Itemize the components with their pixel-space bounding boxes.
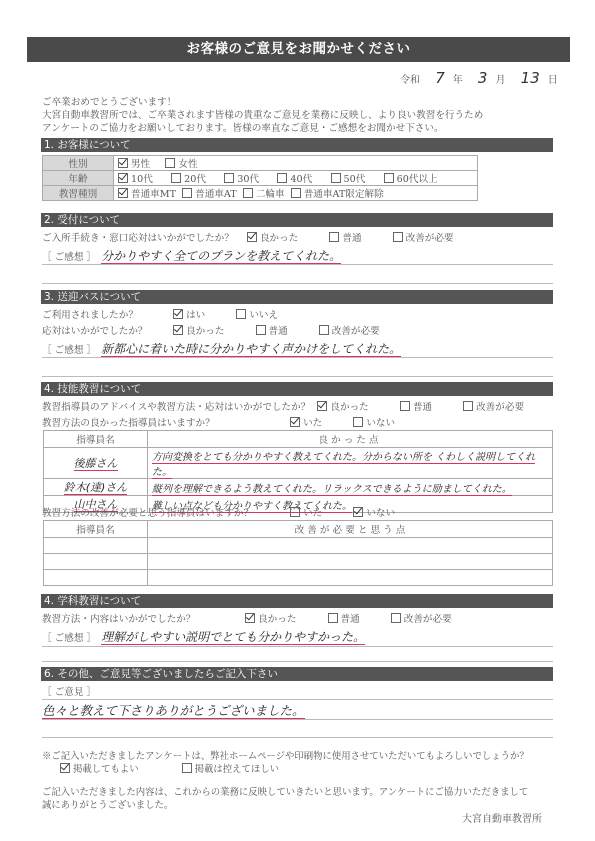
option-no[interactable]: いない bbox=[353, 418, 409, 429]
checkbox-checked-icon[interactable] bbox=[290, 417, 300, 427]
option-60s-plus[interactable]: 60代以上 bbox=[384, 174, 438, 185]
option-good[interactable]: 良かった bbox=[317, 402, 382, 413]
improve-point-cell[interactable] bbox=[148, 570, 553, 586]
thanks-line-1: ご記入いただきました内容は、これからの業務に反映していきたいと思います。アンケー… bbox=[42, 786, 528, 799]
intro-text: ご卒業おめでとうございます！ 大宮自動車教習所では、ご卒業されます皆様の貴重なご… bbox=[42, 96, 483, 135]
option-label: いいえ bbox=[249, 310, 278, 321]
signature: 大宮自動車教習所 bbox=[462, 813, 542, 826]
instructor-name-cell[interactable] bbox=[44, 554, 148, 570]
checkbox-checked-icon[interactable] bbox=[245, 613, 255, 623]
age-options: 10代 20代 30代 40代 50代 60代以上 bbox=[114, 171, 478, 186]
section-5-header: 4. 学科教習について bbox=[41, 594, 553, 608]
question-text: 教習方法・内容はいかがでしたか？ bbox=[42, 611, 242, 625]
option-label: 改善が必要 bbox=[332, 326, 380, 337]
checkbox-icon[interactable] bbox=[393, 232, 403, 242]
improve-point-cell[interactable] bbox=[148, 538, 553, 554]
option-label: 60代以上 bbox=[397, 174, 438, 185]
option-good[interactable]: 良かった bbox=[247, 233, 312, 244]
thanks-line-2: 誠にありがとうございました。 bbox=[42, 799, 528, 812]
checkbox-icon[interactable] bbox=[291, 188, 301, 198]
year-label: 年 bbox=[453, 75, 463, 86]
divider bbox=[42, 719, 553, 720]
divider bbox=[42, 357, 553, 358]
option-label: いない bbox=[366, 418, 395, 429]
improve-instructor-row: 教習方法の改善が必要と思う指導員はいますか？ いた いない bbox=[42, 505, 423, 519]
checkbox-icon[interactable] bbox=[331, 173, 341, 183]
comment-label: ［ ご意見 ］ bbox=[42, 687, 96, 698]
customer-info-table: 性別 男性 女性 年齢 10代 20代 30代 40代 50代 60代以上 教習… bbox=[42, 155, 478, 201]
option-label: 改善が必要 bbox=[406, 233, 454, 244]
comment-label: ［ ご感想 ］ bbox=[42, 633, 96, 644]
checkbox-checked-icon[interactable] bbox=[353, 507, 363, 517]
checkbox-icon[interactable] bbox=[171, 173, 181, 183]
option-label: いない bbox=[366, 508, 395, 519]
option-label: 良かった bbox=[258, 614, 296, 625]
table-row bbox=[44, 554, 553, 570]
bus-usage-row: ご利用されましたか？ はい いいえ bbox=[42, 307, 306, 321]
thanks-text: ご記入いただきました内容は、これからの業務に反映していきたいと思います。アンケー… bbox=[42, 786, 528, 812]
gender-label: 性別 bbox=[43, 156, 114, 171]
checkbox-icon[interactable] bbox=[328, 613, 338, 623]
option-at[interactable]: 普通車AT bbox=[182, 189, 237, 200]
option-label: 30代 bbox=[237, 174, 259, 185]
option-label: 女性 bbox=[178, 159, 197, 170]
option-label: 普通 bbox=[342, 233, 361, 244]
table-row bbox=[44, 538, 553, 554]
improve-instructor-table: 指導員名 改 善 が 必 要 と 思 う 点 bbox=[43, 520, 553, 586]
age-label: 年齢 bbox=[43, 171, 114, 186]
option-label: 良かった bbox=[186, 326, 224, 337]
table-row bbox=[44, 570, 553, 586]
divider bbox=[42, 699, 553, 700]
option-label: 10代 bbox=[131, 174, 153, 185]
option-10s[interactable]: 10代 bbox=[118, 174, 153, 185]
checkbox-checked-icon[interactable] bbox=[173, 309, 183, 319]
checkbox-icon[interactable] bbox=[353, 417, 363, 427]
month-label: 月 bbox=[495, 75, 505, 86]
option-yes[interactable]: いた bbox=[290, 418, 336, 429]
checkbox-checked-icon[interactable] bbox=[118, 173, 128, 183]
comment-label: ［ ご感想 ］ bbox=[42, 345, 96, 356]
column-header-improve-points: 改 善 が 必 要 と 思 う 点 bbox=[148, 521, 553, 538]
lecture-comment-row: ［ ご感想 ］ 理解がしやすい説明でとても分かりやすかった。 bbox=[42, 628, 379, 645]
reception-comment[interactable]: 分かりやすく全てのプランを教えてくれた。 bbox=[101, 249, 341, 264]
checkbox-icon[interactable] bbox=[165, 158, 175, 168]
bus-comment[interactable]: 新都心に着いた時に分かりやすく声かけをしてくれた。 bbox=[101, 342, 401, 357]
option-20s[interactable]: 20代 bbox=[171, 174, 206, 185]
option-label: 掲載してもよい bbox=[73, 764, 139, 775]
option-good[interactable]: 良かった bbox=[173, 326, 238, 337]
option-40s[interactable]: 40代 bbox=[277, 174, 312, 185]
table-row: 鈴木(達)さん 縦列を理解できるよう教えてくれた。リラックスできるように励まして… bbox=[44, 479, 553, 496]
improve-point-cell[interactable] bbox=[148, 554, 553, 570]
option-yes[interactable]: はい bbox=[173, 310, 219, 321]
option-50s[interactable]: 50代 bbox=[331, 174, 366, 185]
course-type-options: 普通車MT 普通車AT 二輪車 普通車AT限定解除 bbox=[114, 186, 478, 201]
checkbox-icon[interactable] bbox=[182, 763, 192, 773]
option-30s[interactable]: 30代 bbox=[224, 174, 259, 185]
option-label: いた bbox=[303, 418, 322, 429]
question-text: 教習指導員のアドバイスや教習方法・応対はいかがでしたか？ bbox=[42, 402, 310, 413]
age-row: 年齢 10代 20代 30代 40代 50代 60代以上 bbox=[43, 171, 478, 186]
option-mt[interactable]: 普通車MT bbox=[118, 189, 176, 200]
option-label: 40代 bbox=[290, 174, 312, 185]
bus-comment-row: ［ ご感想 ］ 新都心に着いた時に分かりやすく声かけをしてくれた。 bbox=[42, 340, 415, 357]
form-title: お客様のご意見をお聞かせください bbox=[27, 37, 570, 62]
checkbox-checked-icon[interactable] bbox=[118, 188, 128, 198]
divider bbox=[42, 283, 553, 284]
checkbox-icon[interactable] bbox=[329, 232, 339, 242]
date-line: 令和 7年 3月 13日 bbox=[400, 69, 558, 87]
option-needs-improvement[interactable]: 改善が必要 bbox=[463, 402, 538, 413]
option-needs-improvement[interactable]: 改善が必要 bbox=[391, 614, 466, 625]
checkbox-checked-icon[interactable] bbox=[118, 158, 128, 168]
checkbox-icon[interactable] bbox=[277, 173, 287, 183]
comment-label: ［ ご感想 ］ bbox=[42, 252, 96, 263]
question-text: 教習方法の改善が必要と思う指導員はいますか？ bbox=[42, 505, 287, 519]
other-comment-row: 色々と教えて下さりありがとうございました。 bbox=[42, 701, 319, 719]
instructor-name-cell[interactable] bbox=[44, 538, 148, 554]
other-comment-label-row: ［ ご意見 ］ bbox=[42, 684, 110, 698]
option-motorcycle[interactable]: 二輪車 bbox=[243, 189, 285, 200]
checkbox-icon[interactable] bbox=[243, 188, 253, 198]
checkbox-icon[interactable] bbox=[256, 325, 266, 335]
checkbox-icon[interactable] bbox=[400, 401, 410, 411]
day-label: 日 bbox=[548, 75, 558, 86]
checkbox-icon[interactable] bbox=[319, 325, 329, 335]
date-day[interactable]: 13 bbox=[521, 69, 540, 87]
option-female[interactable]: 女性 bbox=[165, 159, 197, 170]
good-instructor-row: 教習方法の良かった指導員はいますか？ いた いない bbox=[42, 415, 423, 429]
option-label: 普通車MT bbox=[131, 189, 176, 200]
option-needs-improvement[interactable]: 改善が必要 bbox=[319, 326, 394, 337]
option-at-limit-removal[interactable]: 普通車AT限定解除 bbox=[291, 189, 384, 200]
option-normal[interactable]: 普通 bbox=[328, 614, 374, 625]
section-3-header: 3. 送迎バスについて bbox=[41, 290, 553, 304]
course-type-row: 教習種別 普通車MT 普通車AT 二輪車 普通車AT限定解除 bbox=[43, 186, 478, 201]
option-normal[interactable]: 普通 bbox=[256, 326, 302, 337]
divider bbox=[42, 661, 553, 662]
good-instructor-table: 指導員名 良かった点 後藤さん 方向変換をとても分かりやすく教えてくれた。分から… bbox=[43, 430, 553, 513]
other-comment[interactable]: 色々と教えて下さりありがとうございました。 bbox=[42, 703, 305, 719]
intro-line-1: ご卒業おめでとうございます！ bbox=[42, 96, 483, 109]
bus-service-row: 応対はいかがでしたか？ 良かった 普通 改善が必要 bbox=[42, 323, 408, 337]
question-text: ご入所手続き・窓口応対はいかがでしたか？ bbox=[42, 233, 234, 244]
checkbox-icon[interactable] bbox=[290, 507, 300, 517]
option-label: 良かった bbox=[330, 402, 368, 413]
option-normal[interactable]: 普通 bbox=[329, 233, 375, 244]
instructor-name[interactable]: 後藤さん bbox=[74, 457, 118, 471]
checkbox-icon[interactable] bbox=[384, 173, 394, 183]
checkbox-icon[interactable] bbox=[391, 613, 401, 623]
gender-row: 性別 男性 女性 bbox=[43, 156, 478, 171]
checkbox-icon[interactable] bbox=[236, 309, 246, 319]
column-header-name: 指導員名 bbox=[44, 431, 148, 448]
checkbox-icon[interactable] bbox=[182, 188, 192, 198]
option-label: 普通車AT限定解除 bbox=[304, 189, 384, 200]
checkbox-checked-icon[interactable] bbox=[173, 325, 183, 335]
good-point[interactable]: 縦列を理解できるよう教えてくれた。リラックスできるように励ましてくれた。 bbox=[152, 484, 512, 496]
divider bbox=[42, 264, 553, 265]
section-6-header: 6. その他、ご意見等ございましたらご記入下さい bbox=[41, 667, 553, 681]
good-point[interactable]: 方向変換をとても分かりやすく教えてくれた。分からない所を くわしく説明してくれた… bbox=[152, 452, 535, 479]
section-1-header: 1. お客様について bbox=[41, 138, 553, 152]
option-label: 50代 bbox=[344, 174, 366, 185]
question-text: ご利用されましたか？ bbox=[42, 307, 170, 321]
option-label: はい bbox=[186, 310, 205, 321]
checkbox-checked-icon[interactable] bbox=[60, 763, 70, 773]
option-label: 普通 bbox=[413, 402, 432, 413]
course-type-label: 教習種別 bbox=[43, 186, 114, 201]
date-era: 令和 bbox=[400, 75, 420, 86]
lecture-question-row: 教習方法・内容はいかがでしたか？ 良かった 普通 改善が必要 bbox=[42, 611, 480, 625]
gender-options: 男性 女性 bbox=[114, 156, 478, 171]
option-no[interactable]: いいえ bbox=[236, 310, 292, 321]
option-allow-publish[interactable]: 掲載してもよい bbox=[60, 764, 139, 775]
instructor-name-cell[interactable] bbox=[44, 570, 148, 586]
checkbox-icon[interactable] bbox=[224, 173, 234, 183]
option-yes[interactable]: いた bbox=[290, 508, 336, 519]
table-header: 指導員名 良かった点 bbox=[44, 431, 553, 448]
option-label: 普通 bbox=[269, 326, 288, 337]
option-label: 20代 bbox=[184, 174, 206, 185]
publish-options: 掲載してもよい 掲載は控えてほしい bbox=[60, 763, 279, 776]
section-4-header: 4. 技能教習について bbox=[41, 382, 553, 396]
table-header: 指導員名 改 善 が 必 要 と 思 う 点 bbox=[44, 521, 553, 538]
column-header-name: 指導員名 bbox=[44, 521, 148, 538]
publish-question: ※ご記入いただきましたアンケートは、弊社ホームページや印刷物に使用させていただい… bbox=[42, 750, 529, 763]
question-text: 応対はいかがでしたか？ bbox=[42, 323, 170, 337]
reception-comment-row: ［ ご感想 ］ 分かりやすく全てのプランを教えてくれた。 bbox=[42, 247, 355, 264]
lecture-comment[interactable]: 理解がしやすい説明でとても分かりやすかった。 bbox=[101, 630, 365, 645]
option-label: 普通車AT bbox=[195, 189, 237, 200]
column-header-good-points: 良かった点 bbox=[148, 431, 553, 448]
option-decline-publish[interactable]: 掲載は控えてほしい bbox=[182, 764, 279, 775]
reception-question-row: ご入所手続き・窓口応対はいかがでしたか？ 良かった 普通 改善が必要 bbox=[42, 230, 482, 244]
option-label: 二輪車 bbox=[256, 189, 285, 200]
divider bbox=[42, 646, 553, 647]
checkbox-checked-icon[interactable] bbox=[247, 232, 257, 242]
divider bbox=[42, 737, 553, 738]
instructor-name[interactable]: 鈴木(達)さん bbox=[64, 481, 128, 495]
table-row: 後藤さん 方向変換をとても分かりやすく教えてくれた。分からない所を くわしく説明… bbox=[44, 448, 553, 479]
instructor-advice-row: 教習指導員のアドバイスや教習方法・応対はいかがでしたか？ 良かった 普通 改善が… bbox=[42, 399, 552, 413]
option-label: 普通 bbox=[341, 614, 360, 625]
intro-line-2: 大宮自動車教習所では、ご卒業されます皆様の貴重なご意見を業務に反映し、より良い教… bbox=[42, 109, 483, 122]
option-label: いた bbox=[303, 508, 322, 519]
option-needs-improvement[interactable]: 改善が必要 bbox=[393, 233, 468, 244]
option-label: 掲載は控えてほしい bbox=[195, 764, 279, 775]
option-label: 男性 bbox=[131, 159, 150, 170]
intro-line-3: アンケートのご協力をお願いしております。皆様の率直なご意見・ご感想をお聞かせ下さ… bbox=[42, 122, 483, 135]
checkbox-checked-icon[interactable] bbox=[317, 401, 327, 411]
option-no[interactable]: いない bbox=[353, 508, 409, 519]
question-text: 教習方法の良かった指導員はいますか？ bbox=[42, 415, 287, 429]
option-good[interactable]: 良かった bbox=[245, 614, 310, 625]
divider bbox=[42, 376, 553, 377]
option-label: 改善が必要 bbox=[404, 614, 452, 625]
date-month[interactable]: 3 bbox=[478, 69, 488, 87]
checkbox-icon[interactable] bbox=[463, 401, 473, 411]
option-label: 良かった bbox=[260, 233, 298, 244]
option-normal[interactable]: 普通 bbox=[400, 402, 446, 413]
date-year[interactable]: 7 bbox=[435, 69, 445, 87]
option-male[interactable]: 男性 bbox=[118, 159, 150, 170]
section-2-header: 2. 受付について bbox=[41, 213, 553, 227]
option-label: 改善が必要 bbox=[476, 402, 524, 413]
